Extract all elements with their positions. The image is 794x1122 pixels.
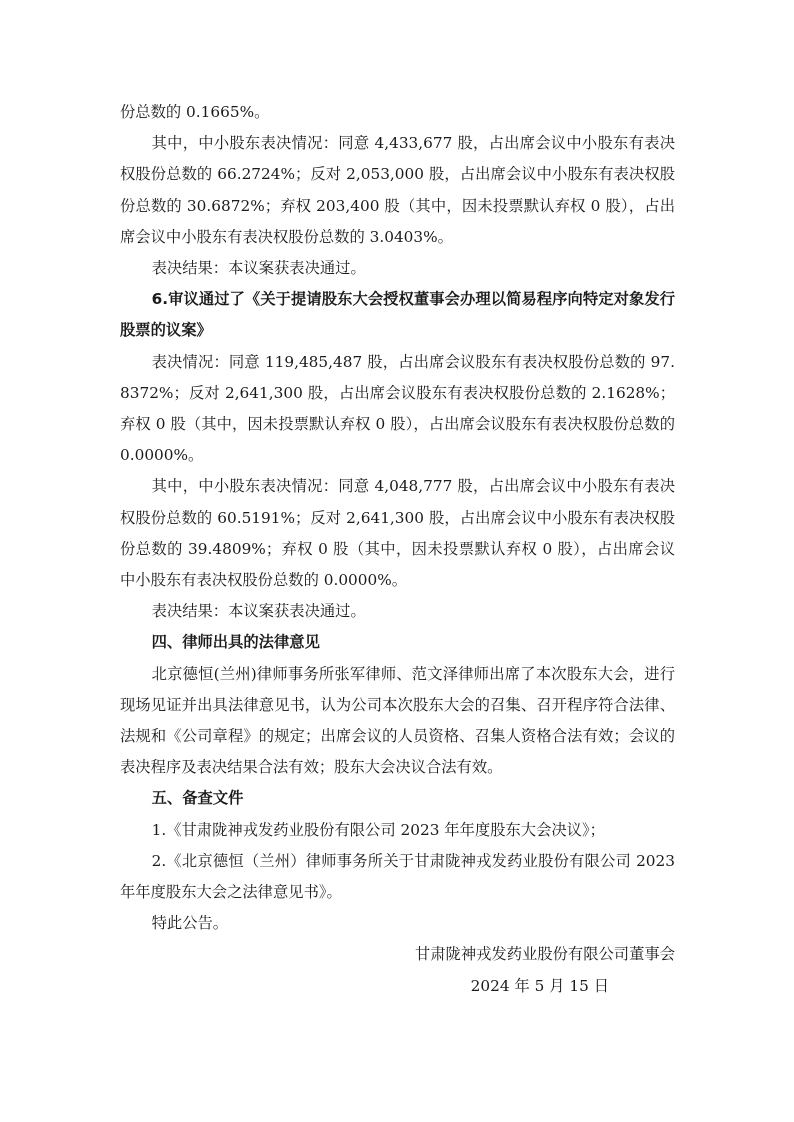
signature-date: 2024 年 5 月 15 日 (120, 971, 675, 1002)
document-page: 份总数的 0.1665%。 其中，中小股东表决情况：同意 4,433,677 股… (0, 0, 794, 1122)
paragraph-legal-opinion: 北京德恒(兰州)律师事务所张军律师、范文泽律师出席了本次股东大会，进行现场见证并… (120, 659, 675, 784)
signature-organization: 甘肃陇神戎发药业股份有限公司董事会 (120, 939, 675, 970)
paragraph-result-item5: 表决结果：本议案获表决通过。 (120, 253, 675, 284)
reference-document-1: 1.《甘肃陇神戎发药业股份有限公司 2023 年年度股东大会决议》； (120, 815, 675, 846)
paragraph-continuation: 份总数的 0.1665%。 (120, 97, 675, 128)
reference-document-2: 2.《北京德恒（兰州）律师事务所关于甘肃陇神戎发药业股份有限公司 2023 年年… (120, 846, 675, 908)
item6-heading: 6.审议通过了《关于提请股东大会授权董事会办理以简易程序向特定对象发行股票的议案… (120, 284, 675, 346)
paragraph-minority-votes-item5: 其中，中小股东表决情况：同意 4,433,677 股，占出席会议中小股东有表决权… (120, 128, 675, 253)
document-body: 份总数的 0.1665%。 其中，中小股东表决情况：同意 4,433,677 股… (120, 97, 675, 1002)
section4-heading: 四、律师出具的法律意见 (120, 627, 675, 658)
paragraph-item6-votes: 表决情况：同意 119,485,487 股，占出席会议股东有表决权股份总数的 9… (120, 347, 675, 472)
section5-heading: 五、备查文件 (120, 783, 675, 814)
closing-statement: 特此公告。 (120, 908, 675, 939)
paragraph-item6-minority-votes: 其中，中小股东表决情况：同意 4,048,777 股，占出席会议中小股东有表决权… (120, 471, 675, 596)
paragraph-result-item6: 表决结果：本议案获表决通过。 (120, 596, 675, 627)
